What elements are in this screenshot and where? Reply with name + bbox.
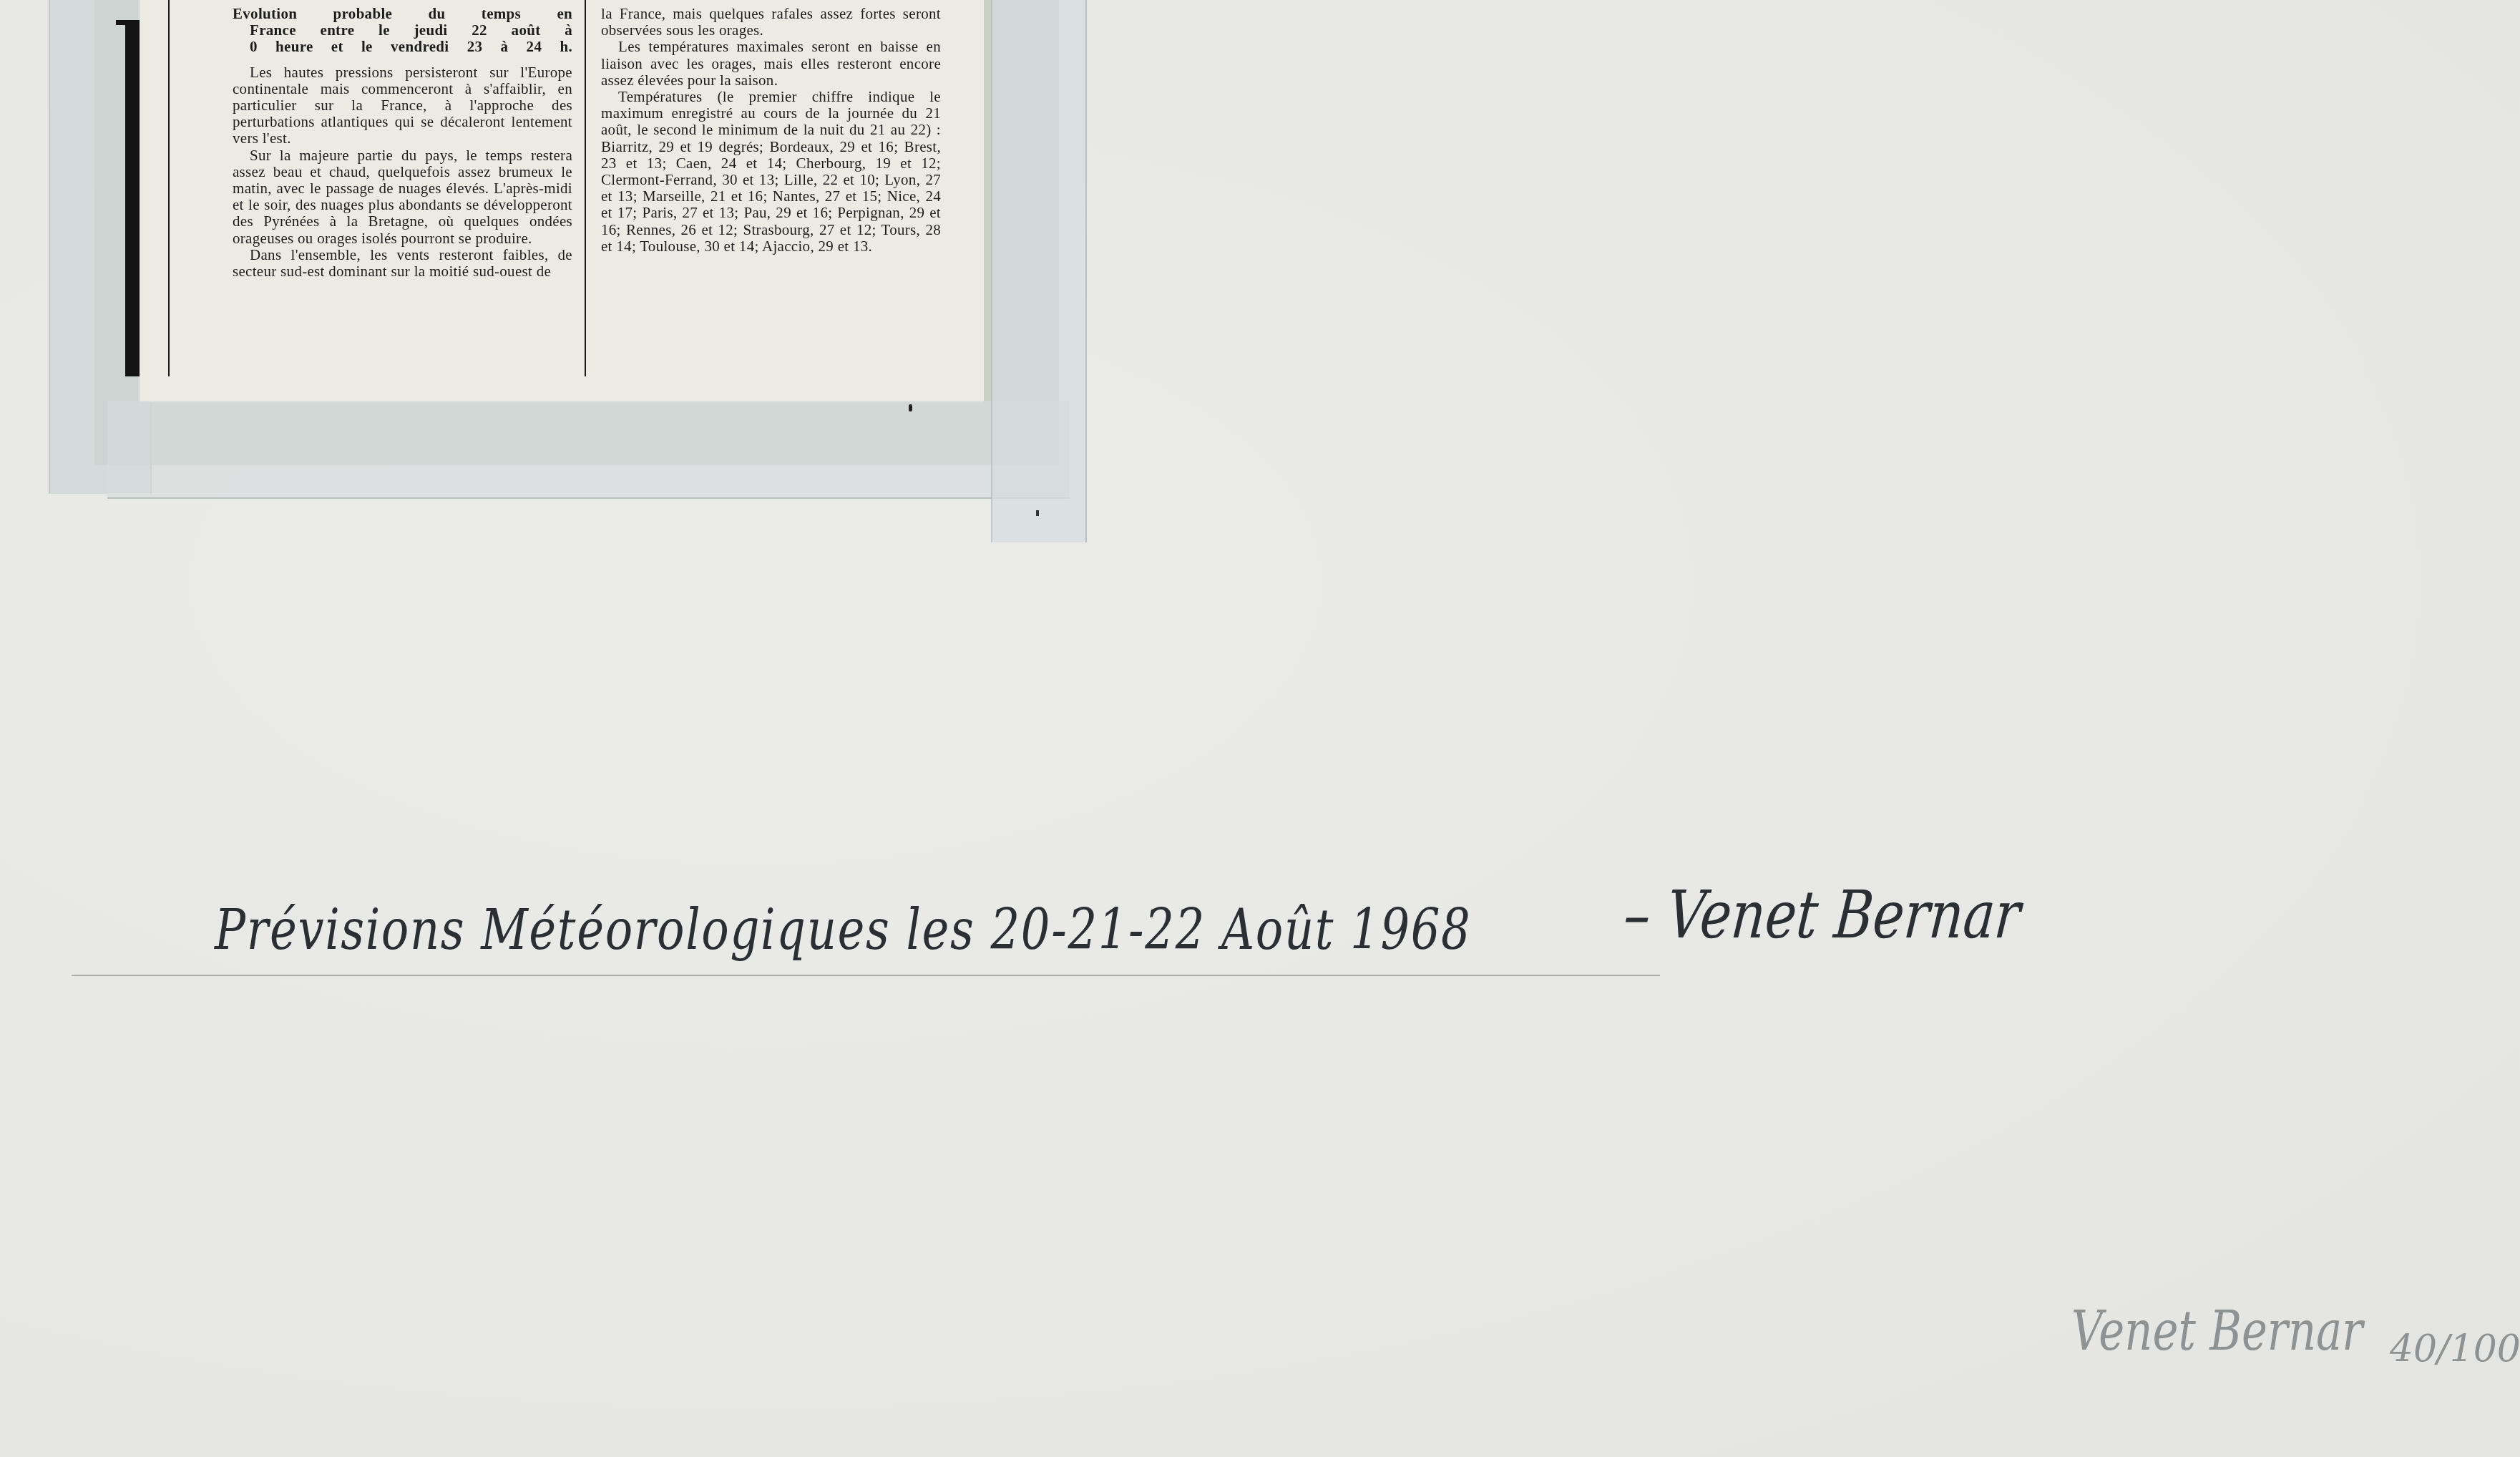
- clipping-paragraph: Les températures maximales seront en bai…: [601, 39, 941, 89]
- artwork-paper: Evolution probable du temps en France en…: [0, 0, 2520, 1457]
- clipping-headline: Evolution probable du temps en France en…: [233, 6, 572, 56]
- clipping-paragraph: la France, mais quelques rafales assez f…: [601, 6, 941, 39]
- caption-signature: – Venet Bernar: [1621, 877, 2023, 953]
- newspaper-clipping: Evolution probable du temps en France en…: [140, 0, 984, 402]
- black-bracket-bar: [125, 20, 140, 376]
- tape-strip-bottom: [107, 401, 1070, 499]
- column-rule-middle: [585, 0, 586, 376]
- clipping-paragraph: Les hautes pressions persisteront sur l'…: [233, 64, 572, 147]
- clipping-column-2: la France, mais quelques rafales assez f…: [601, 6, 941, 255]
- clipping-paragraph: Dans l'ensemble, les vents resteront fai…: [233, 247, 572, 280]
- headline-line: Evolution probable du temps en: [233, 6, 572, 22]
- column-rule-left: [168, 0, 170, 376]
- pencil-signature: Venet Bernar: [2071, 1299, 2363, 1363]
- ink-speck: [1036, 510, 1039, 516]
- clipping-column-1: Evolution probable du temps en France en…: [233, 6, 572, 280]
- ink-speck: [909, 404, 912, 411]
- edition-number: 40/100: [2390, 1327, 2520, 1370]
- pencil-baseline: [72, 975, 1660, 976]
- headline-line: 0 heure et le vendredi 23 à 24 h.: [233, 39, 572, 55]
- headline-line: France entre le jeudi 22 août à: [233, 22, 572, 39]
- tape-strip-right: [991, 0, 1087, 542]
- handwritten-caption: Prévisions Météorologiques les 20-21-22 …: [215, 898, 1471, 963]
- clipping-paragraph: Températures (le premier chiffre indique…: [601, 89, 941, 255]
- clipping-paragraph: Sur la majeure partie du pays, le temps …: [233, 147, 572, 247]
